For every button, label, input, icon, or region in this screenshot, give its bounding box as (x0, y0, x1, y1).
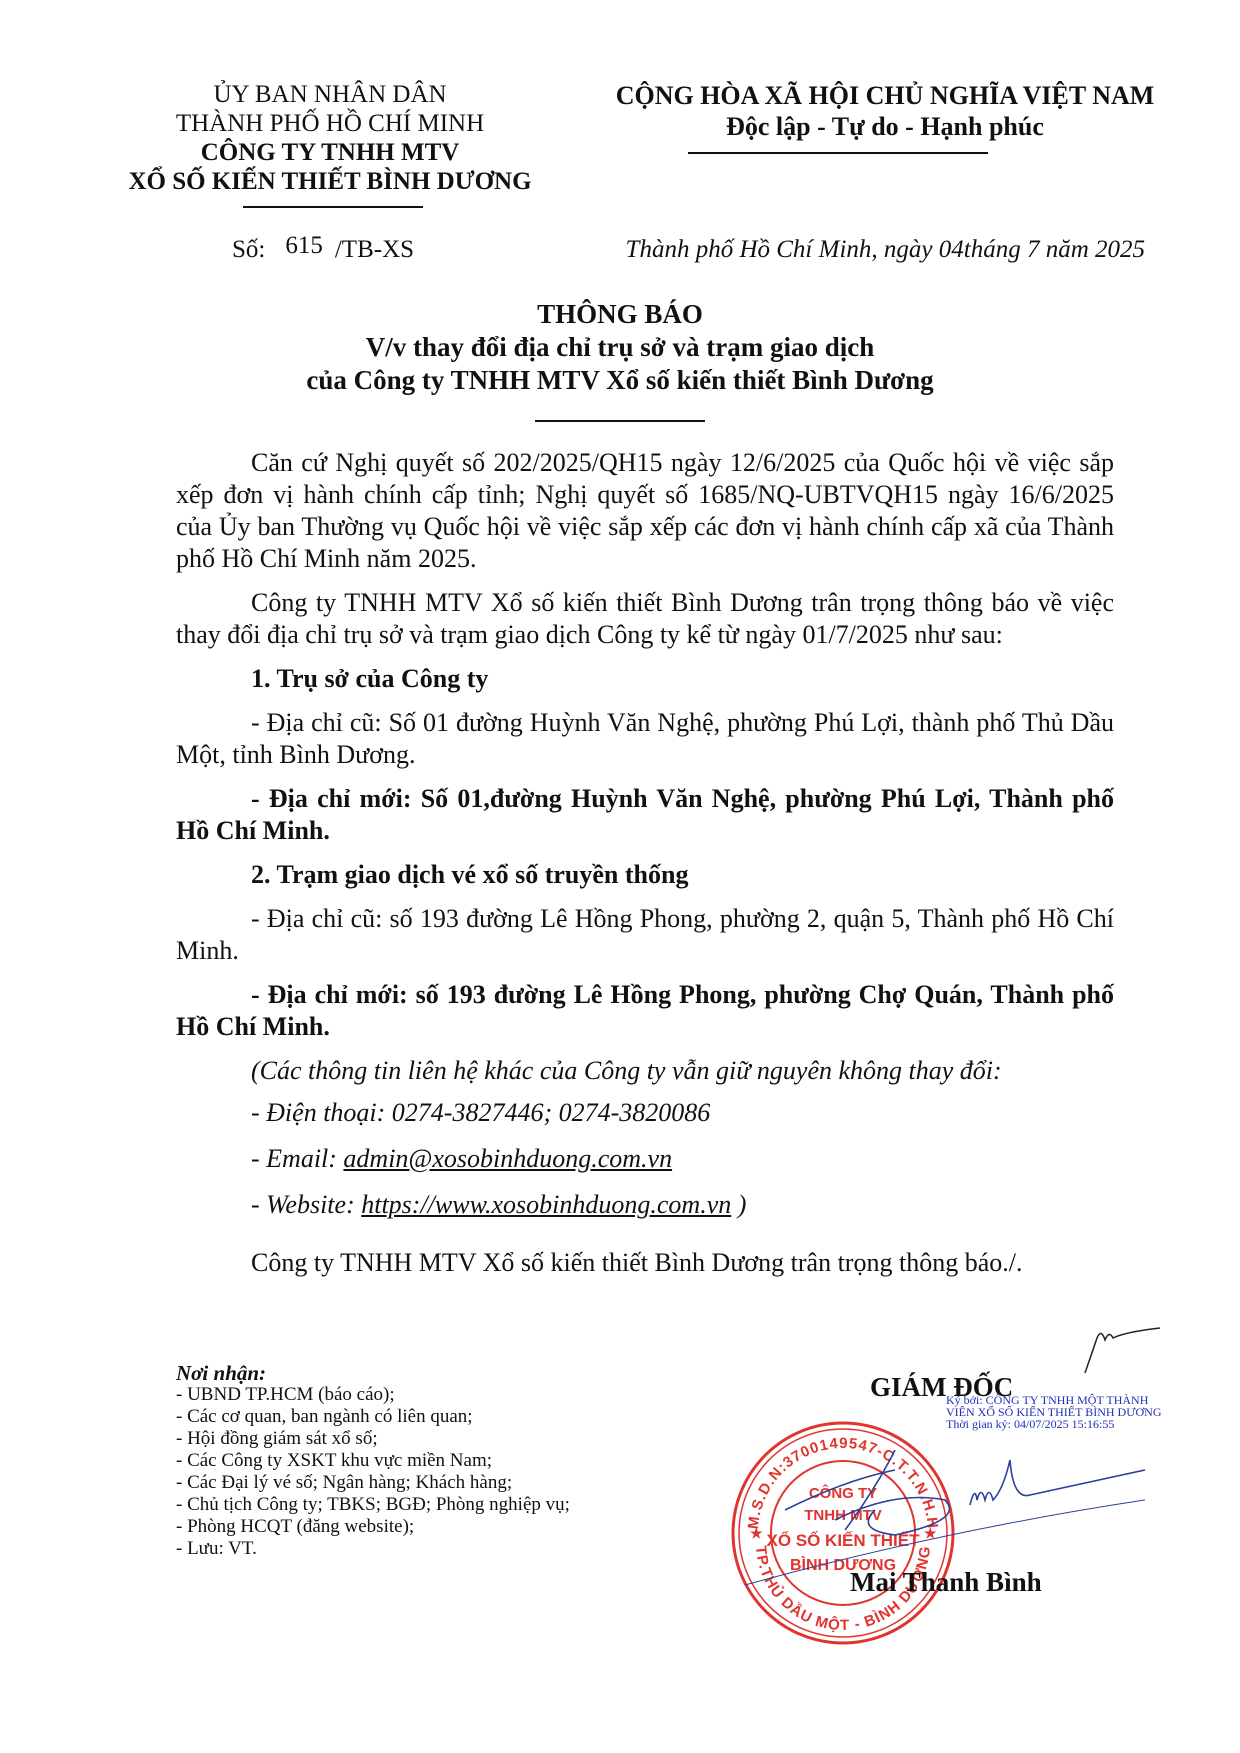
website-label: - Website: (251, 1190, 361, 1219)
issuer-line-1: ỦY BAN NHÂN DÂN (95, 80, 565, 109)
national-title: CỘNG HÒA XÃ HỘI CHỦ NGHĨA VIỆT NAM (585, 80, 1185, 111)
recipient-item: - Hội đồng giám sát xổ số; (176, 1428, 570, 1450)
paragraph-legal-basis: Căn cứ Nghị quyết số 202/2025/QH15 ngày … (176, 447, 1114, 575)
title-underline (535, 420, 705, 422)
email-label: - Email: (251, 1144, 343, 1173)
issuer-line-4: XỔ SỐ KIẾN THIẾT BÌNH DƯƠNG (95, 167, 565, 196)
title-main: THÔNG BÁO (280, 298, 960, 331)
contact-intro: (Các thông tin liên hệ khác của Công ty … (251, 1055, 1114, 1087)
document-title: THÔNG BÁO V/v thay đổi địa chỉ trụ sở và… (280, 298, 960, 397)
recipient-item: - Các cơ quan, ban ngành có liên quan; (176, 1406, 570, 1428)
closing-sentence: Công ty TNHH MTV Xổ số kiến thiết Bình D… (176, 1247, 1114, 1279)
dateline: Thành phố Hồ Chí Minh, ngày 04tháng 7 nă… (626, 236, 1145, 264)
section-1-old-address: - Địa chỉ cũ: Số 01 đường Huỳnh Văn Nghệ… (176, 707, 1114, 771)
recipients-block: Nơi nhận: - UBND TP.HCM (báo cáo); - Các… (176, 1362, 570, 1560)
contact-email-row: - Email: admin@xosobinhduong.com.vn (251, 1143, 1114, 1175)
digital-signature-time: Thời gian ký: 04/07/2025 15:16:55 (946, 1418, 1162, 1430)
recipient-item: - Các Đại lý vé số; Ngân hàng; Khách hàn… (176, 1472, 570, 1494)
recipient-item: - Các Công ty XSKT khu vực miền Nam; (176, 1450, 570, 1472)
paragraph-announcement: Công ty TNHH MTV Xổ số kiến thiết Bình D… (176, 587, 1114, 651)
section-2-new-address: - Địa chỉ mới: số 193 đường Lê Hồng Phon… (176, 979, 1114, 1043)
recipient-item: - Lưu: VT. (176, 1538, 570, 1560)
doc-number-value: 615 (285, 232, 323, 259)
section-2-old-address: - Địa chỉ cũ: số 193 đường Lê Hồng Phong… (176, 903, 1114, 967)
email-link[interactable]: admin@xosobinhduong.com.vn (343, 1144, 672, 1173)
recipient-item: - Chủ tịch Công ty; TBKS; BGĐ; Phòng ngh… (176, 1494, 570, 1516)
section-1-new-address: - Địa chỉ mới: Số 01,đường Huỳnh Văn Ngh… (176, 783, 1114, 847)
issuer-underline (243, 206, 423, 208)
motto-underline (688, 152, 988, 154)
digital-signature-info: Ký bởi: CÔNG TY TNHH MỘT THÀNH VIÊN XỔ S… (946, 1394, 1162, 1430)
issuer-line-2: THÀNH PHỐ HỒ CHÍ MINH (95, 109, 565, 138)
document-body: Căn cứ Nghị quyết số 202/2025/QH15 ngày … (176, 447, 1114, 1291)
section-2-heading: 2. Trạm giao dịch vé xổ số truyền thống (251, 859, 1114, 891)
issuer-block: ỦY BAN NHÂN DÂN THÀNH PHỐ HỒ CHÍ MINH CÔ… (95, 80, 565, 196)
recipient-item: - UBND TP.HCM (báo cáo); (176, 1384, 570, 1406)
document-number: Số:615/TB-XS (232, 236, 414, 264)
national-motto: Độc lập - Tự do - Hạnh phúc (585, 111, 1185, 142)
website-link[interactable]: https://www.xosobinhduong.com.vn (361, 1190, 731, 1219)
website-close: ) (731, 1190, 746, 1219)
recipients-label: Nơi nhận: (176, 1362, 570, 1384)
signer-name: Mai Thanh Bình (850, 1567, 1042, 1598)
section-1-heading: 1. Trụ sở của Công ty (251, 663, 1114, 695)
doc-number-suffix: /TB-XS (335, 236, 414, 263)
contact-phone: - Điện thoại: 0274-3827446; 0274-3820086 (251, 1097, 1114, 1129)
initials-scribble-icon (1075, 1318, 1165, 1378)
doc-number-prefix: Số: (232, 236, 265, 263)
recipient-item: - Phòng HCQT (đăng website); (176, 1516, 570, 1538)
title-sub-2: của Công ty TNHH MTV Xổ số kiến thiết Bì… (280, 364, 960, 397)
national-motto-block: CỘNG HÒA XÃ HỘI CHỦ NGHĨA VIỆT NAM Độc l… (585, 80, 1185, 142)
title-sub-1: V/v thay đổi địa chỉ trụ sở và trạm giao… (280, 331, 960, 364)
contact-website-row: - Website: https://www.xosobinhduong.com… (251, 1189, 1114, 1221)
issuer-line-3: CÔNG TY TNHH MTV (95, 138, 565, 167)
